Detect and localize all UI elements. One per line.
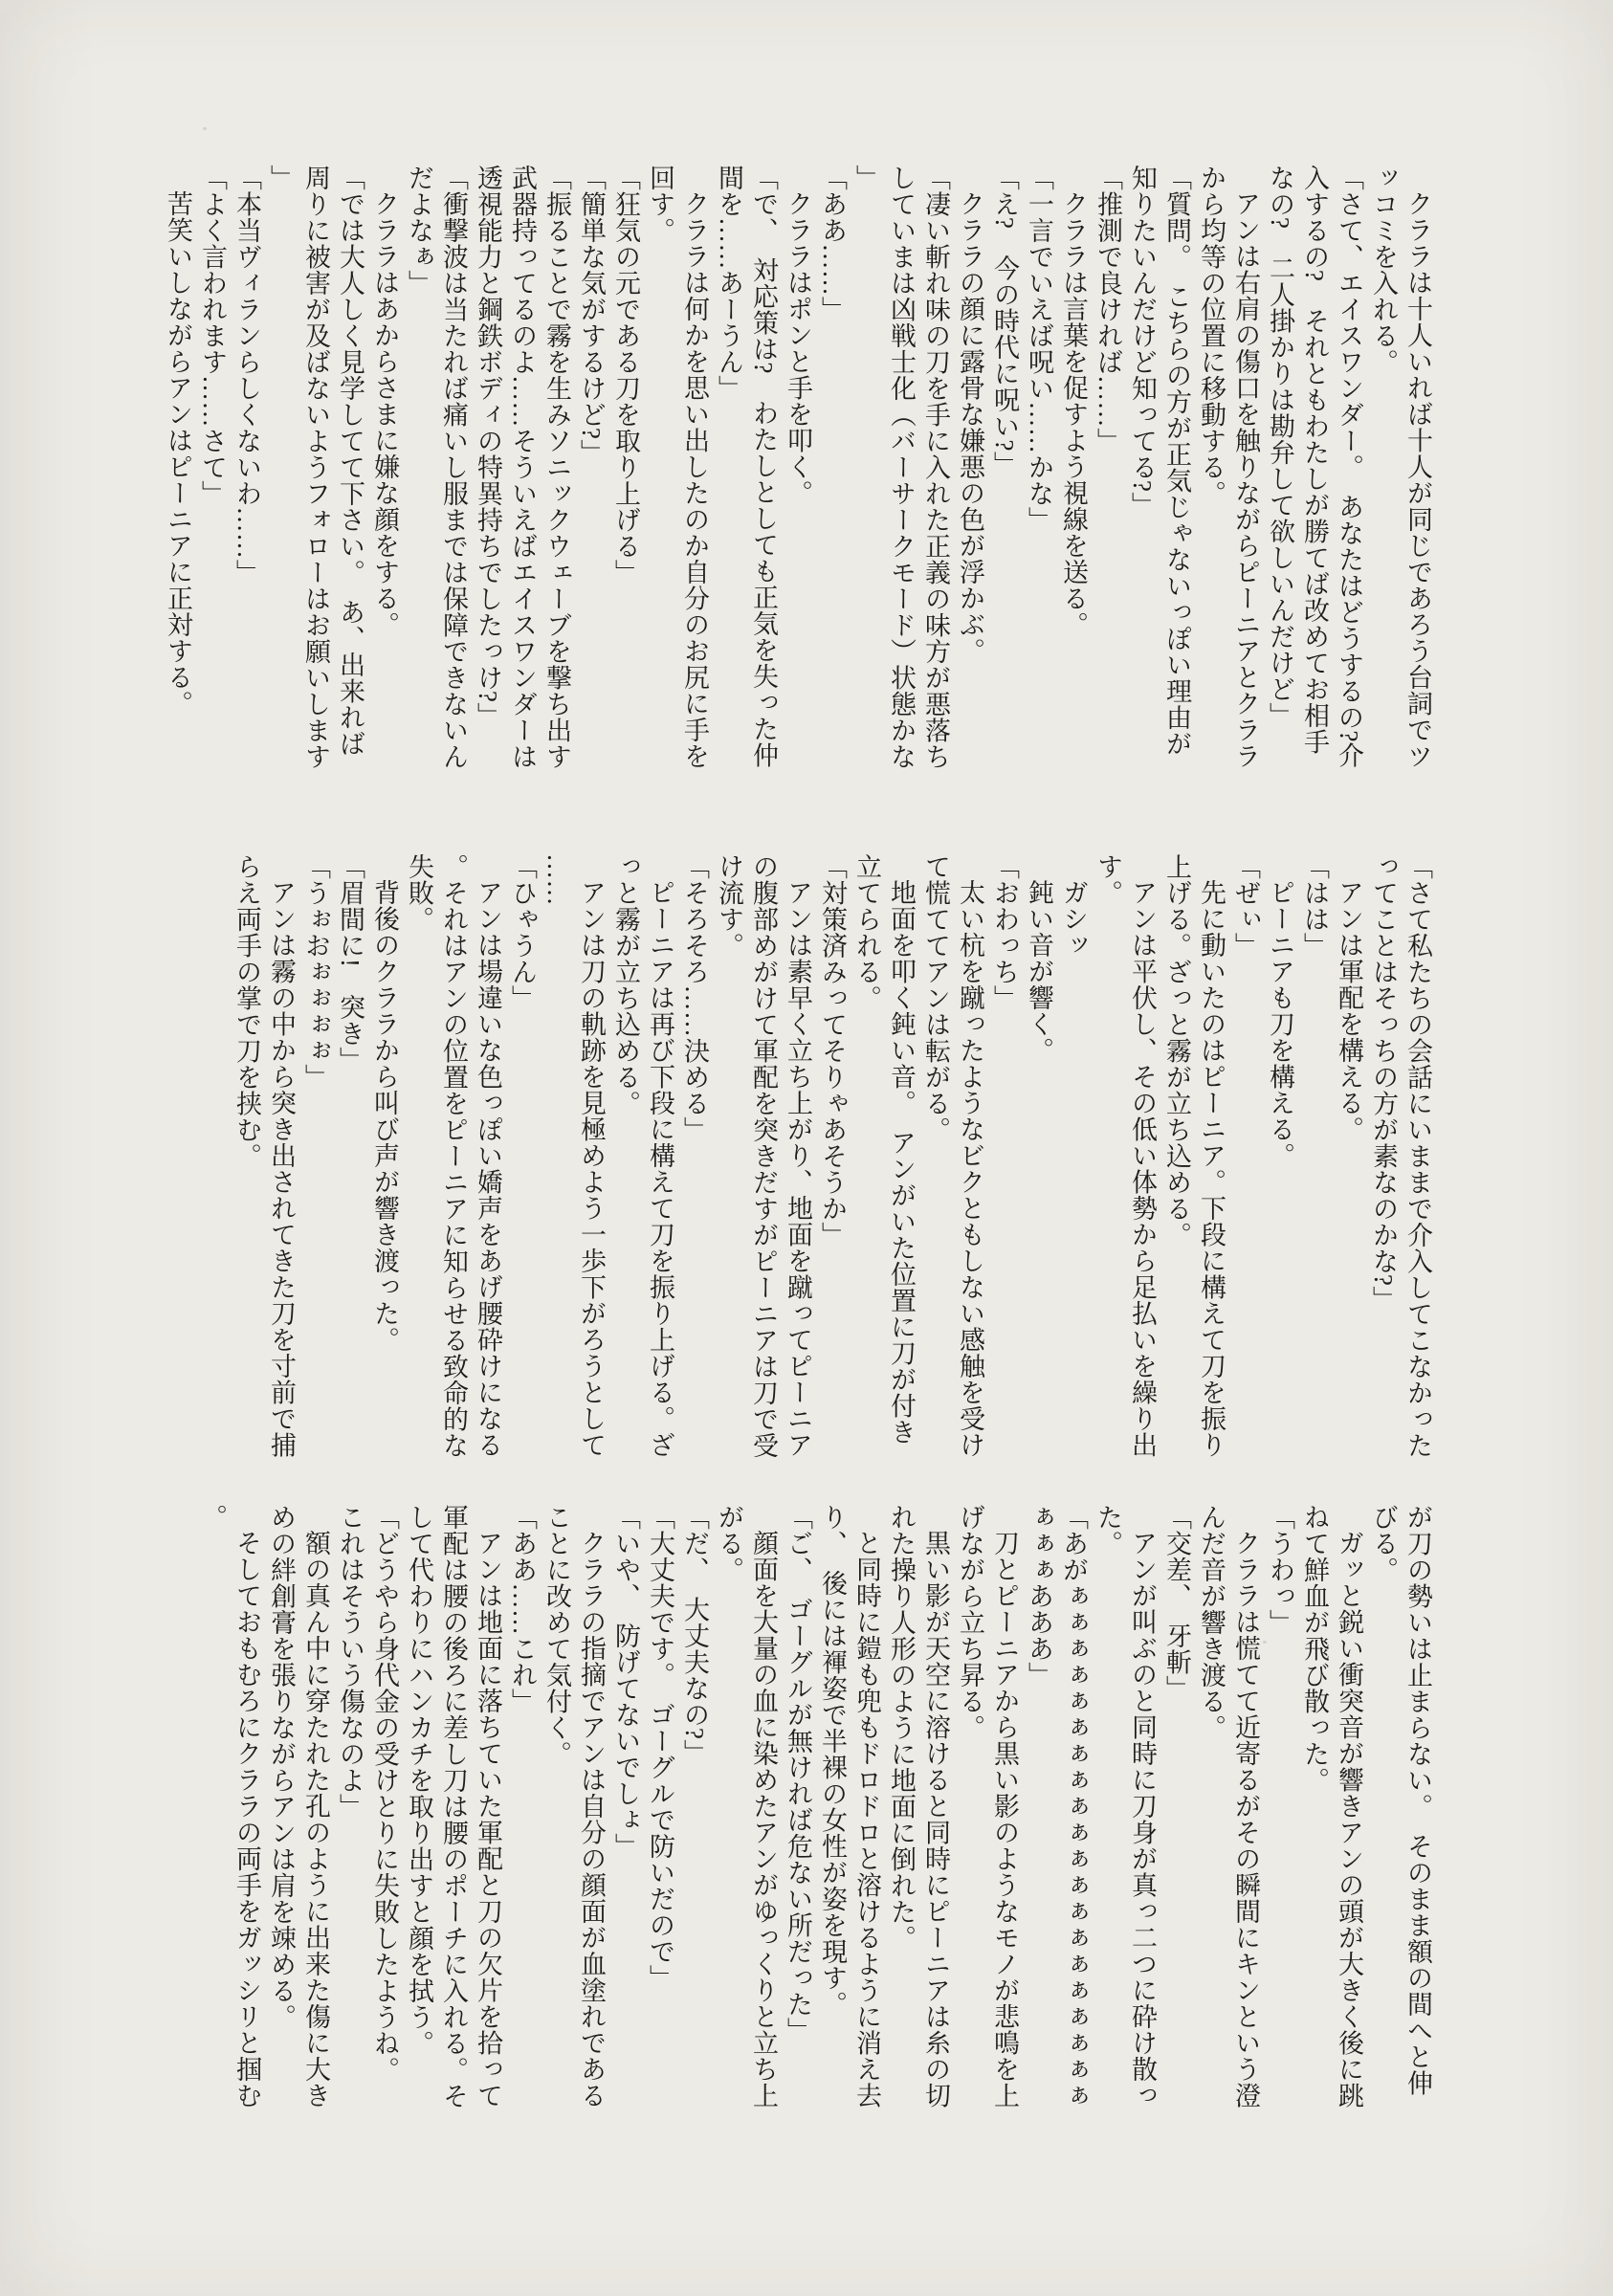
paragraph: 「狂気の元である刀を取り上げる」 xyxy=(608,165,643,777)
paragraph: 「で、 対応策は? わたしとしても正気を失った仲間を……あーうん」 xyxy=(712,165,781,777)
paragraph: アンは素早く立ち上がり、地面を蹴ってピーニアの腹部めがけて軍配を突きだすがピーニ… xyxy=(712,853,815,1466)
paragraph: 顔面を大量の血に染めたアンがゆっくりと立ち上がる。 xyxy=(712,1504,781,2116)
paragraph: 「よく言われます……さて」 xyxy=(195,165,230,777)
paragraph: 「一言でいえば呪い……かな」 xyxy=(1022,165,1056,777)
paragraph: 地面を叩く鈍い音。 アンがいた位置に刀が付き立てられる。 xyxy=(850,853,918,1466)
paragraph: アンが叫ぶのと同時に刀身が真っ二つに砕け散った。 xyxy=(1091,1504,1160,2116)
scan-speck xyxy=(789,1856,792,1859)
paragraph: 「あがぁぁぁぁぁぁぁぁぁぁぁぁぁぁぁぁぁぁぁぁぁぁぁあああ」 xyxy=(1022,1504,1091,2116)
paragraph: ピーニアは再び下段に構えて刀を振り上げる。ざっと霧が立ち込める。 xyxy=(608,853,677,1466)
paragraph: 先に動いたのはピーニア。下段に構えて刀を振り上げる。ざっと霧が立ち込める。 xyxy=(1160,853,1228,1466)
paragraph: 「対策済みってそりゃあそうか」 xyxy=(815,853,850,1466)
paragraph: アンは場違いな色っぽい嬌声をあげ腰砕けになる。それはアンの位置をピーニアに知らせ… xyxy=(402,853,505,1466)
paragraph: 「いや、 防げてないでしょ」 xyxy=(608,1504,643,2116)
paragraph: ガシッ xyxy=(1056,853,1091,1466)
paragraph: と同時に鎧も兜もドロドロと溶けるように消え去り、 後には褌姿で半裸の女性が姿を現… xyxy=(815,1504,884,2116)
paragraph: ガッと鋭い衝突音が響きアンの頭が大きく後に跳ねて鮮血が飛び散った。 xyxy=(1297,1504,1366,2116)
paragraph: アンは平伏し、その低い体勢から足払いを繰り出す。 xyxy=(1091,853,1160,1466)
scanned-page: クララは十人いれば十人が同じであろう台詞でツッコミを入れる。「さて、エイスワンダ… xyxy=(0,0,1613,2296)
paragraph: 刀とピーニアから黒い影のようなモノが悲鳴を上げながら立ち昇る。 xyxy=(953,1504,1022,2116)
paragraph: 苦笑いしながらアンはピーニアに正対する。 xyxy=(161,165,195,777)
paragraph: 「ご、 ゴーグルが無ければ危ない所だった」 xyxy=(781,1504,815,2116)
text-band-middle: 「さて私たちの会話にいままで介入してこなかったってことはそっちの方が素なのかな?… xyxy=(230,853,1435,1466)
paragraph: が刀の勢いは止まらない。 そのまま額の間へと伸びる。 xyxy=(1366,1504,1435,2116)
paragraph: アンは地面に落ちていた軍配と刀の欠片を拾って軍配は腰の後ろに差し刀は腰のポーチに… xyxy=(402,1504,505,2116)
paragraph: クララは何かを思い出したのか自分のお尻に手を回す。 xyxy=(643,165,712,777)
paragraph: 「大丈夫です。 ゴーグルで防いだので」 xyxy=(643,1504,677,2116)
paragraph: 背後のクララから叫び声が響き渡った。 xyxy=(367,853,402,1466)
paragraph: 「衝撃波は当たれば痛いし服までは保障できないんだよなぁ」 xyxy=(402,165,471,777)
paragraph: 「質問。 こちらの方が正気じゃないっぽい理由が知りたいんだけど知ってる?」 xyxy=(1125,165,1194,777)
paragraph: 太い杭を蹴ったようなビクともしない感触を受けて慌ててアンは転がる。 xyxy=(918,853,987,1466)
paragraph: 「ああ……」 xyxy=(815,165,850,777)
paragraph: 「眉間に! 突き」 xyxy=(333,853,367,1466)
paragraph: アンは軍配を構える。 xyxy=(1332,853,1366,1466)
paragraph: 「さて私たちの会話にいままで介入してこなかったってことはそっちの方が素なのかな?… xyxy=(1366,853,1435,1466)
paragraph: クララは慌てて近寄るがその瞬間にキンという澄んだ音が響き渡る。 xyxy=(1194,1504,1263,2116)
paragraph: アンは霧の中から突き出されてきた刀を寸前で捕らえ両手の掌で刀を挟む。 xyxy=(230,853,298,1466)
paragraph: クララの指摘でアンは自分の顔面が血塗れであることに改めて気付く。 xyxy=(540,1504,608,2116)
scan-speck xyxy=(1263,1641,1267,1644)
paragraph: クララはあからさまに嫌な顔をする。 xyxy=(367,165,402,777)
paragraph: クララの顔に露骨な嫌悪の色が浮かぶ。 xyxy=(953,165,987,777)
paragraph: 「振ることで霧を生みソニックウェーブを撃ち出す武器持ってるのよ……そういえばエイ… xyxy=(471,165,574,777)
paragraph: 「どうやら身代金の受けとりに失敗したようね。 これはそういう傷なのよ」 xyxy=(333,1504,402,2116)
scan-speck xyxy=(203,127,207,130)
scan-speck xyxy=(1189,699,1192,702)
paragraph: 「では大人しく見学してて下さい。 あ、出来れば周りに被害が及ばないようフォローは… xyxy=(264,165,367,777)
paragraph: 「ひゃうん」 xyxy=(505,853,540,1466)
paragraph: 黒い影が天空に溶けると同時にピーニアは糸の切れた操り人形のように地面に倒れた。 xyxy=(884,1504,953,2116)
paragraph: 「ぜぃ」 xyxy=(1228,853,1263,1466)
paragraph: クララはポンと手を叩く。 xyxy=(781,165,815,777)
text-band-bottom: が刀の勢いは止まらない。 そのまま額の間へと伸びる。ガッと鋭い衝突音が響きアンの… xyxy=(195,1504,1435,2116)
text-band-top: クララは十人いれば十人が同じであろう台詞でツッコミを入れる。「さて、エイスワンダ… xyxy=(161,165,1435,777)
paragraph: 「凄い斬れ味の刀を手に入れた正義の味方が悪落ちしていまは凶戦士化（バーサークモー… xyxy=(850,165,953,777)
paragraph: クララは十人いれば十人が同じであろう台詞でツッコミを入れる。 xyxy=(1366,165,1435,777)
paragraph: クララは言葉を促すよう視線を送る。 xyxy=(1056,165,1091,777)
paragraph: アンは右肩の傷口を触りながらピーニアとクララから均等の位置に移動する。 xyxy=(1194,165,1263,777)
paragraph: 「そろそろ……決める」 xyxy=(677,853,712,1466)
paragraph: そしておもむろにクララの両手をガッシリと掴む。 xyxy=(195,1504,264,2116)
paragraph: 「うぉおぉぉぉぉ」 xyxy=(298,853,333,1466)
paragraph: 「おわっち」 xyxy=(987,853,1022,1466)
paragraph: 「交差、 牙斬」 xyxy=(1160,1504,1194,2116)
paragraph: ピーニアも刀を構える。 xyxy=(1263,853,1297,1466)
paragraph: アンは刀の軌跡を見極めよう一歩下がろうとして…… xyxy=(540,853,608,1466)
paragraph: 「さて、エイスワンダー。 あなたはどうするの?介入するの? それともわたしが勝て… xyxy=(1263,165,1366,777)
paragraph: 額の真ん中に穿たれた孔のように出来た傷に大きめの絆創膏を張りながらアンは肩を竦め… xyxy=(264,1504,333,2116)
paragraph: 「だ、 大丈夫なの?」 xyxy=(677,1504,712,2116)
paragraph: 「推測で良ければ……」 xyxy=(1091,165,1125,777)
paragraph: 「はは」 xyxy=(1297,853,1332,1466)
paragraph: 「え? 今の時代に呪い?」 xyxy=(987,165,1022,777)
paragraph: 「本当ヴィランらしくないわ……」 xyxy=(230,165,264,777)
paragraph: 「うわっ」 xyxy=(1263,1504,1297,2116)
paragraph: 「簡単な気がするけど?」 xyxy=(574,165,608,777)
paragraph: 鈍い音が響く。 xyxy=(1022,853,1056,1466)
paragraph: 「ああ……これ」 xyxy=(505,1504,540,2116)
